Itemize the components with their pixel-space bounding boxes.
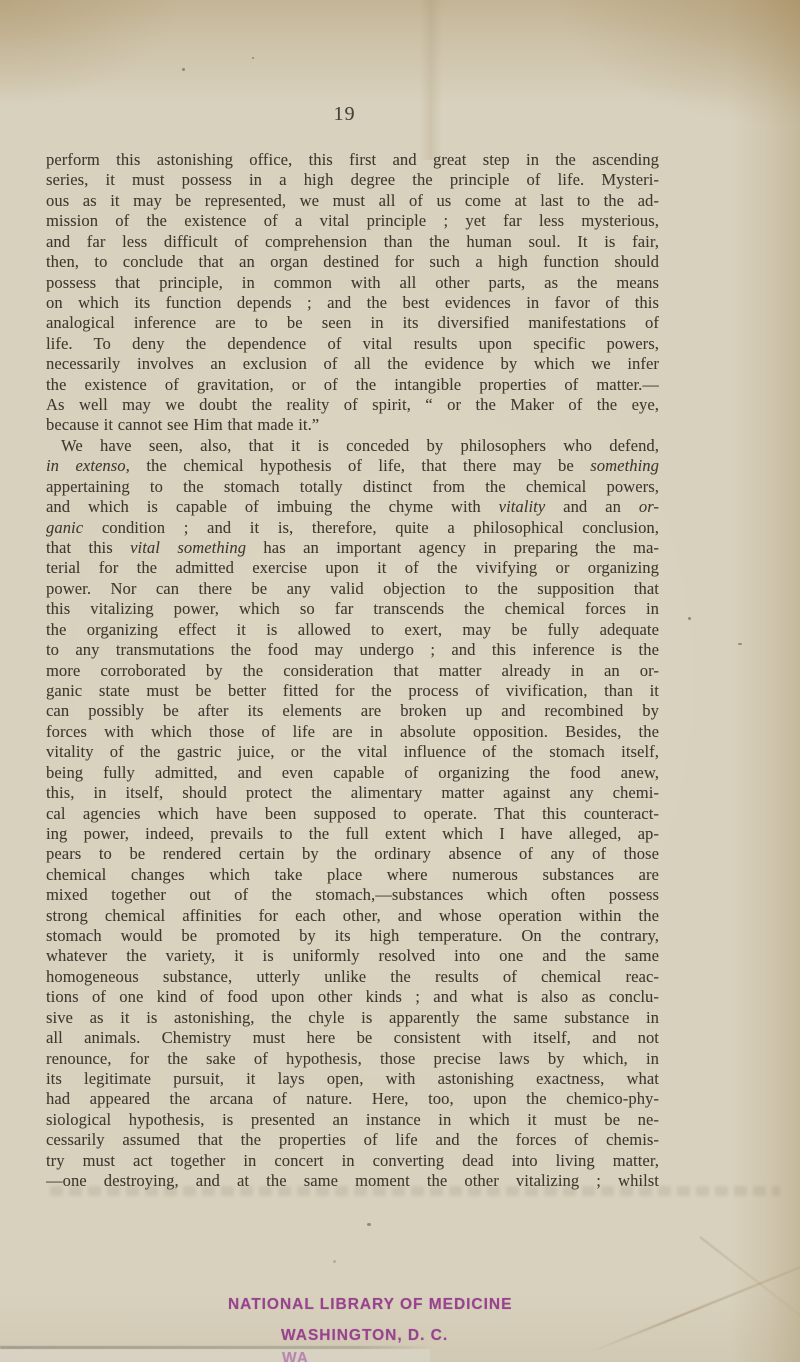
text-segment: life. To deny the dependence of vital re… <box>46 334 659 353</box>
text-line: cal agencies which have been supposed to… <box>46 804 659 824</box>
page-edge-underlay <box>0 1349 430 1362</box>
text-line: on which its function depends ; and the … <box>46 293 659 313</box>
text-line: cessarily assumed that the properties of… <box>46 1130 659 1150</box>
text-segment: ous as it may be represented, we must al… <box>46 191 659 210</box>
text-segment: chemical changes which take place where … <box>46 865 659 884</box>
text-line: ing power, indeed, prevails to the full … <box>46 824 659 844</box>
text-line: in extenso, the chemical hypothesis of l… <box>46 456 659 476</box>
text-line: all animals. Chemistry must here be cons… <box>46 1028 659 1048</box>
text-segment: stomach would be promoted by its high te… <box>46 926 659 945</box>
text-segment: on which its function depends ; and the … <box>46 293 659 312</box>
text-segment: cessarily assumed that the properties of… <box>46 1130 659 1149</box>
text-line: series, it must possess in a high degree… <box>46 170 659 190</box>
text-segment: tions of one kind of food upon other kin… <box>46 987 659 1006</box>
text-line: mission of the existence of a vital prin… <box>46 211 659 231</box>
text-line: strong chemical affinities for each othe… <box>46 906 659 926</box>
paper-speck <box>367 1223 371 1226</box>
text-line: ous as it may be represented, we must al… <box>46 191 659 211</box>
text-line: had appeared the arcana of nature. Here,… <box>46 1089 659 1109</box>
text-segment: the organizing effect it is allowed to e… <box>46 620 659 639</box>
text-line: appertaining to the stomach totally dist… <box>46 477 659 497</box>
page-number: 19 <box>38 103 651 126</box>
text-line: ganic state must be better fitted for th… <box>46 681 659 701</box>
paper-speck <box>688 617 691 620</box>
text-segment: perform this astonishing office, this fi… <box>46 150 659 169</box>
text-line: perform this astonishing office, this fi… <box>46 150 659 170</box>
text-line: this, in itself, should protect the alim… <box>46 783 659 803</box>
text-line: the existence of gravitation, or of the … <box>46 375 659 395</box>
text-segment: condition ; and it is, therefore, quite … <box>83 518 659 537</box>
text-segment: sive as it is astonishing, the chyle is … <box>46 1008 659 1027</box>
text-line: stomach would be promoted by its high te… <box>46 926 659 946</box>
text-segment: and far less difficult of comprehension … <box>46 232 659 251</box>
text-segment: try must act together in concert in conv… <box>46 1151 659 1170</box>
text-segment: terial for the admitted exercise upon it… <box>46 558 659 577</box>
text-segment: , the chemical hypothesis of life, that … <box>126 456 591 475</box>
italic-text: ganic <box>46 518 83 537</box>
text-line: more corroborated by the consideration t… <box>46 661 659 681</box>
text-line: We have seen, also, that it is conceded … <box>46 436 659 456</box>
paper-speck <box>738 643 742 645</box>
text-line: and far less difficult of comprehension … <box>46 232 659 252</box>
text-segment: mixed together out of the stomach,—subst… <box>46 885 659 904</box>
text-line: vitality of the gastric juice, or the vi… <box>46 742 659 762</box>
text-segment: As well may we doubt the reality of spir… <box>46 395 659 414</box>
text-line: to any transmutations the food may under… <box>46 640 659 660</box>
text-line: ganic condition ; and it is, therefore, … <box>46 518 659 538</box>
text-segment: appertaining to the stomach totally dist… <box>46 477 659 496</box>
text-segment: analogical inference are to be seen in i… <box>46 313 659 332</box>
text-line: power. Nor can there be any valid object… <box>46 579 659 599</box>
text-line: then, to conclude that an organ destined… <box>46 252 659 272</box>
text-line: analogical inference are to be seen in i… <box>46 313 659 333</box>
italic-text: or- <box>639 497 659 516</box>
text-segment: because it cannot see Him that made it.” <box>46 415 319 434</box>
italic-text: something <box>590 456 659 475</box>
page-text: perform this astonishing office, this fi… <box>46 150 659 1192</box>
text-line: pears to be rendered certain by the ordi… <box>46 844 659 864</box>
text-line: renounce, for the sake of hypothesis, th… <box>46 1049 659 1069</box>
text-segment: renounce, for the sake of hypothesis, th… <box>46 1049 659 1068</box>
text-line: its legitimate pursuit, it lays open, wi… <box>46 1069 659 1089</box>
text-line: because it cannot see Him that made it.” <box>46 415 659 435</box>
text-segment: ganic state must be better fitted for th… <box>46 681 659 700</box>
text-segment: possess that principle, in common with a… <box>46 273 659 292</box>
paper-speck <box>252 57 254 59</box>
text-segment: mission of the existence of a vital prin… <box>46 211 659 230</box>
text-segment: this, in itself, should protect the alim… <box>46 783 659 802</box>
text-line: chemical changes which take place where … <box>46 865 659 885</box>
text-line: life. To deny the dependence of vital re… <box>46 334 659 354</box>
text-line: homogeneous substance, utterly unlike th… <box>46 967 659 987</box>
text-segment: can possibly be after its elements are b… <box>46 701 659 720</box>
text-segment: its legitimate pursuit, it lays open, wi… <box>46 1069 659 1088</box>
text-segment: whatever the variety, it is uniformly re… <box>46 946 659 965</box>
text-segment: being fully admitted, and even capable o… <box>46 763 659 782</box>
text-line: mixed together out of the stomach,—subst… <box>46 885 659 905</box>
text-segment: more corroborated by the consideration t… <box>46 661 659 680</box>
text-segment: cal agencies which have been supposed to… <box>46 804 659 823</box>
italic-text: vital something <box>130 538 246 557</box>
text-line: siological hypothesis, is presented an i… <box>46 1110 659 1130</box>
paper-crease <box>588 1264 800 1354</box>
text-segment: all animals. Chemistry must here be cons… <box>46 1028 659 1047</box>
text-line: terial for the admitted exercise upon it… <box>46 558 659 578</box>
text-segment: siological hypothesis, is presented an i… <box>46 1110 659 1129</box>
text-segment: strong chemical affinities for each othe… <box>46 906 659 925</box>
text-line: necessarily involves an exclusion of all… <box>46 354 659 374</box>
text-segment: necessarily involves an exclusion of all… <box>46 354 659 373</box>
text-line: that this vital something has an importa… <box>46 538 659 558</box>
paper-speck <box>182 68 185 71</box>
library-stamp-line-1: NATIONAL LIBRARY OF MEDICINE <box>228 1296 512 1314</box>
text-segment: ing power, indeed, prevails to the full … <box>46 824 659 843</box>
text-segment: this vitalizing power, which so far tran… <box>46 599 659 618</box>
text-line: try must act together in concert in conv… <box>46 1151 659 1171</box>
paper-wrinkle <box>420 0 442 160</box>
paper-speck <box>333 1260 336 1263</box>
text-segment: to any transmutations the food may under… <box>46 640 659 659</box>
text-segment: pears to be rendered certain by the ordi… <box>46 844 659 863</box>
ink-bleed-through <box>50 1186 780 1196</box>
text-line: sive as it is astonishing, the chyle is … <box>46 1008 659 1028</box>
text-segment: that this <box>46 538 130 557</box>
text-line: the organizing effect it is allowed to e… <box>46 620 659 640</box>
text-line: this vitalizing power, which so far tran… <box>46 599 659 619</box>
text-segment: forces with which those of life are in a… <box>46 722 659 741</box>
text-line: tions of one kind of food upon other kin… <box>46 987 659 1007</box>
text-segment: We have seen, also, that it is conceded … <box>61 436 659 455</box>
text-line: forces with which those of life are in a… <box>46 722 659 742</box>
text-segment: homogeneous substance, utterly unlike th… <box>46 967 659 986</box>
italic-text: vitality <box>499 497 546 516</box>
italic-text: in extenso <box>46 456 126 475</box>
text-line: whatever the variety, it is uniformly re… <box>46 946 659 966</box>
text-segment: had appeared the arcana of nature. Here,… <box>46 1089 659 1108</box>
text-line: possess that principle, in common with a… <box>46 273 659 293</box>
text-segment: then, to conclude that an organ destined… <box>46 252 659 271</box>
text-segment: vitality of the gastric juice, or the vi… <box>46 742 659 761</box>
text-line: As well may we doubt the reality of spir… <box>46 395 659 415</box>
text-segment: and an <box>545 497 639 516</box>
text-line: being fully admitted, and even capable o… <box>46 763 659 783</box>
library-stamp-line-2: WASHINGTON, D. C. <box>281 1327 448 1345</box>
text-segment: power. Nor can there be any valid object… <box>46 579 659 598</box>
text-segment: and which is capable of imbuing the chym… <box>46 497 499 516</box>
text-line: can possibly be after its elements are b… <box>46 701 659 721</box>
text-line: and which is capable of imbuing the chym… <box>46 497 659 517</box>
scanned-page: 19 perform this astonishing office, this… <box>0 0 800 1362</box>
text-segment: has an important agency in preparing the… <box>246 538 659 557</box>
text-segment: the existence of gravitation, or of the … <box>46 375 659 394</box>
text-segment: series, it must possess in a high degree… <box>46 170 659 189</box>
